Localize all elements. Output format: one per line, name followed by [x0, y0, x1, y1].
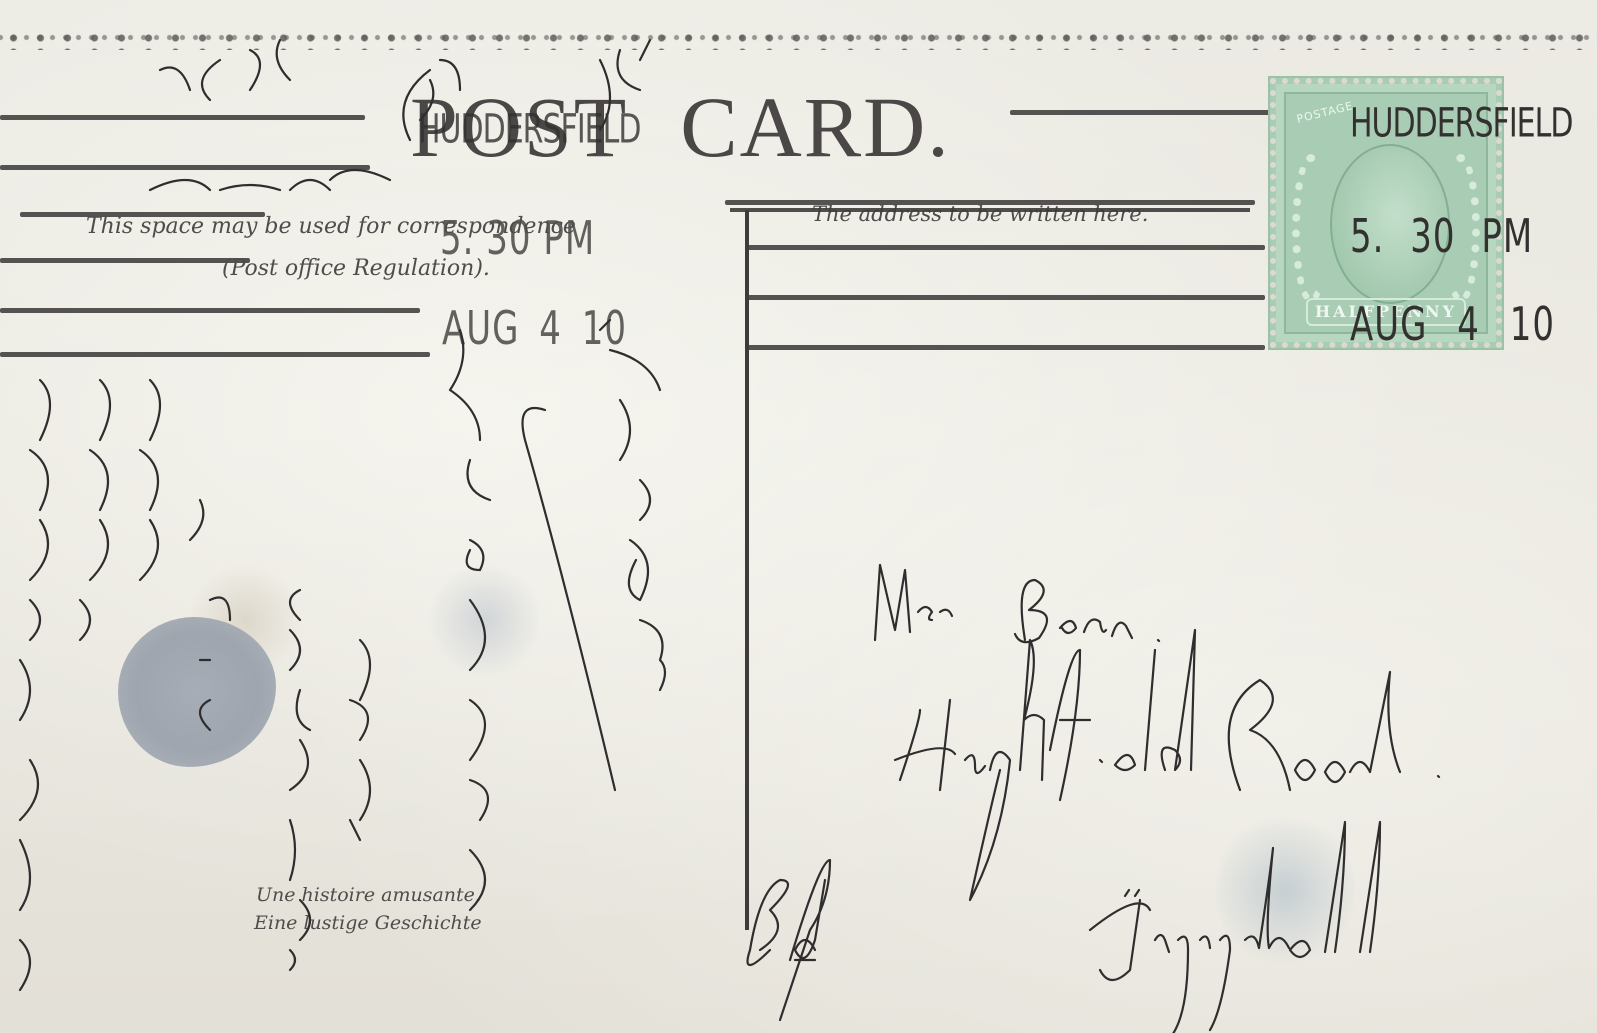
- message-line-4: But now I am, I do hope: [0, 0, 1, 1]
- postmark-right-time: 5. 30 PM: [1350, 210, 1533, 264]
- divider-top-rule: [730, 208, 1250, 212]
- cancellation-line: [1010, 110, 1270, 115]
- cancellation-line: [745, 295, 1265, 300]
- message-line-2: I had no time to send you: [0, 0, 1, 1]
- message-line-7: are not much better. Hope to: [0, 0, 1, 1]
- cancellation-line: [0, 115, 365, 120]
- water-stain: [430, 560, 540, 680]
- caption-french: Une histoire amusante.: [256, 884, 481, 906]
- cancellation-line: [0, 308, 420, 313]
- postmark-right-date: AUG 4 10: [1350, 298, 1555, 352]
- message-signature: Edith: [0, 0, 1, 1]
- message-line-6: intended sending Hope to: [0, 0, 1, 1]
- cancellation-line: [0, 165, 370, 170]
- caption-german: Eine lustige Geschichte: [254, 912, 482, 934]
- wreath-left-icon: [1292, 154, 1330, 304]
- ink-blot: [118, 617, 276, 767]
- cancellation-line: [745, 345, 1265, 350]
- message-line-3: a card from London.: [0, 0, 1, 1]
- divider-line: [745, 210, 749, 930]
- message-line-1: My dear Mrs B.: [0, 0, 1, 1]
- stamp-top-label: POSTAGE: [1295, 99, 1354, 126]
- message-line-5: you are enjoying yourself. I: [0, 0, 1, 1]
- message-line-8: be up early on Sunday. I have: [0, 0, 1, 1]
- cancellation-line: [745, 245, 1265, 250]
- postcard-back: POSTCARD. HUDDERSFIELD 5. 30 PM AUG 4 10…: [0, 0, 1597, 1033]
- address-note: The address to be written here.: [812, 202, 1148, 226]
- cancellation-line: [0, 258, 250, 263]
- heading-card: CARD.: [680, 79, 950, 175]
- cancellation-line: [0, 352, 430, 357]
- cancellation-smudge: [0, 28, 1597, 50]
- postmark-left-date: AUG 4 10: [442, 302, 627, 356]
- message-line-9: had a charming weekend: [0, 0, 1, 1]
- message-line-10: and only: [0, 0, 1, 1]
- postmark-left-town: HUDDERSFIELD: [418, 106, 640, 153]
- regulation-note: (Post office Regulation).: [222, 256, 490, 281]
- postmark-right-town: HUDDERSFIELD: [1350, 100, 1572, 147]
- correspondence-note: This space may be used for correspondenc…: [86, 214, 576, 239]
